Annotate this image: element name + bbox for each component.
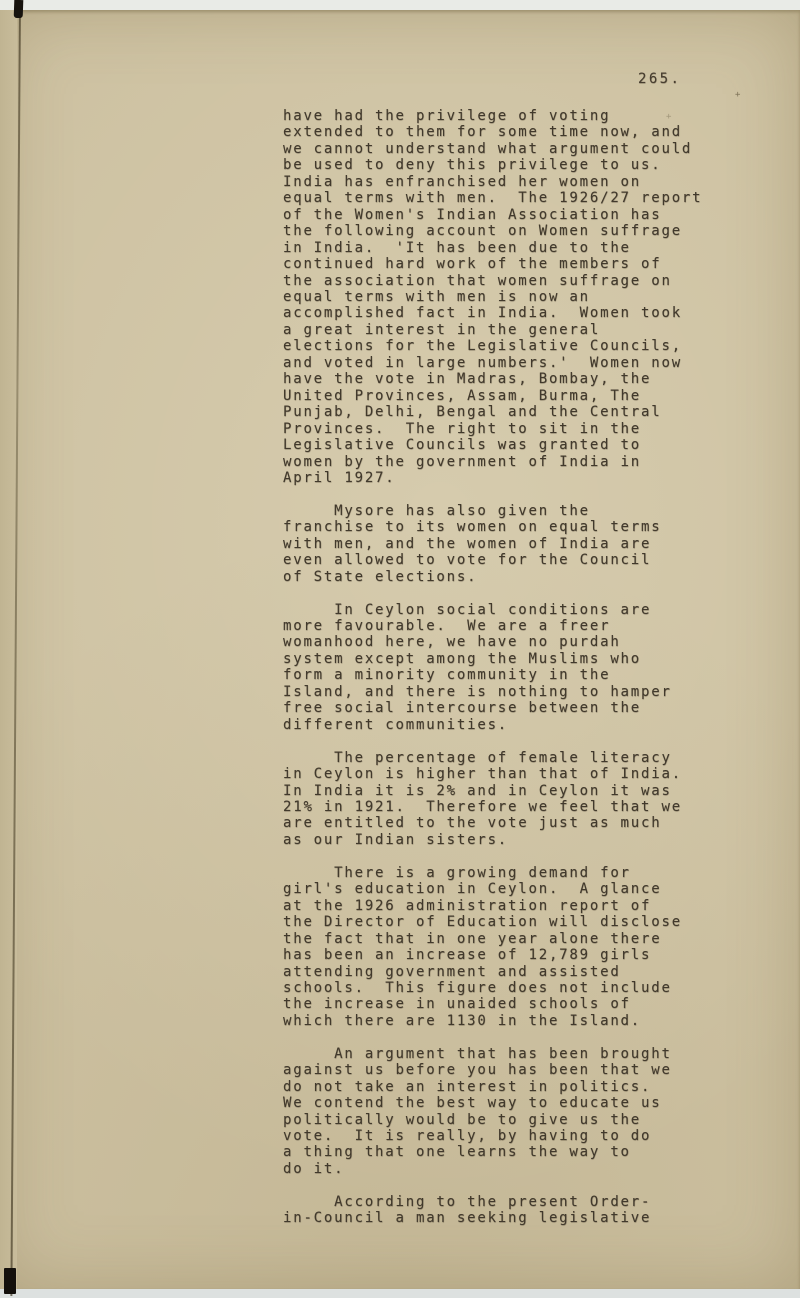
paragraph: According to the present Order- in-Counc… bbox=[283, 1194, 753, 1227]
scanned-page: 265. + + have had the privilege of votin… bbox=[0, 0, 800, 1298]
text-block: have had the privilege of voting extende… bbox=[283, 108, 753, 1227]
page-number: 265. bbox=[638, 71, 681, 87]
binding-mark-bottom bbox=[4, 1268, 16, 1294]
paragraph: In Ceylon social conditions are more fav… bbox=[283, 602, 753, 734]
binding-mark-top bbox=[14, 0, 24, 18]
dust-speck-icon: + bbox=[735, 90, 740, 100]
paragraph: An argument that has been brought agains… bbox=[283, 1046, 753, 1178]
paragraph: The percentage of female literacy in Cey… bbox=[283, 750, 753, 849]
paragraph: Mysore has also given the franchise to i… bbox=[283, 503, 753, 585]
paragraph: There is a growing demand for girl's edu… bbox=[283, 865, 753, 1030]
paragraph: have had the privilege of voting extende… bbox=[283, 108, 753, 486]
